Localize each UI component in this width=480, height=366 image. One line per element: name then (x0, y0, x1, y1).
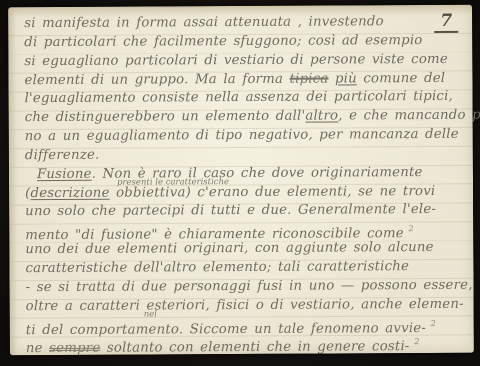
text-segment: 2 (426, 318, 436, 327)
manuscript-line: presenti le caratteristiche(descrizione … (25, 182, 469, 203)
manuscript-card: 7 si manifesta in forma assai attenuata … (8, 5, 474, 355)
text-segment: ne (26, 341, 49, 356)
manuscript-line: Fusione. Non è raro il caso che dove ori… (25, 164, 469, 185)
text-segment: Fusione (37, 167, 92, 182)
interlinear-insertion: nel (144, 310, 157, 318)
manuscript-line: elementi di un gruppo. Ma la forma tipic… (24, 69, 468, 90)
manuscript-line: caratteristiche dell'altro elemento; tal… (25, 258, 469, 279)
text-segment: più (335, 71, 357, 86)
text-segment: l'eguagliamento consiste nella assenza d… (25, 89, 453, 106)
text-segment: 2 (410, 337, 420, 346)
manuscript-line: ne sempre soltanto con elementi che in g… (26, 333, 470, 354)
manuscript-line: uno solo che partecipi di tutti e due. G… (25, 201, 469, 222)
text-segment: uno dei due elementi originari, con aggi… (25, 240, 433, 257)
manuscript-line: che distinguerebbero un elemento dall'al… (25, 107, 469, 128)
text-segment: comune del (357, 70, 445, 85)
manuscript-text: si manifesta in forma assai attenuata , … (24, 13, 470, 355)
manuscript-line: si eguagliano particolari di vestiario d… (24, 50, 468, 71)
text-segment: sempre (49, 341, 100, 356)
text-segment: , e che mancando porta- (338, 108, 480, 124)
manuscript-line: oltre a caratteri esteriori, fisici o di… (26, 295, 470, 316)
text-segment: differenze. (25, 148, 100, 163)
text-segment: caratteristiche dell'altro elemento; tal… (25, 259, 409, 276)
manuscript-line: mento "di fusione" è chiaramente riconos… (25, 220, 469, 241)
manuscript-line: si manifesta in forma assai attenuata , … (24, 13, 468, 34)
manuscript-line: l'eguagliamento consiste nella assenza d… (25, 88, 469, 109)
text-segment: 2 (404, 224, 414, 233)
manuscript-line: uno dei due elementi originari, con aggi… (25, 239, 469, 260)
text-segment: descrizione (30, 185, 109, 200)
text-segment: soltanto con elementi che in genere cost… (100, 339, 409, 356)
interlinear-insertion: presenti le caratteristiche (117, 178, 229, 187)
text-segment: altro (305, 109, 338, 124)
text-segment: oltre a caratteri esteriori, fisici o di… (26, 296, 464, 313)
manuscript-line: nelti del comportamento. Siccome un tale… (26, 314, 470, 335)
manuscript-line: - se si tratta di due personaggi fusi in… (26, 277, 470, 298)
manuscript-line: differenze. (25, 145, 469, 166)
text-segment: tipica (290, 71, 329, 86)
manuscript-line: no a un eguagliamento di tipo negativo, … (25, 126, 469, 147)
text-segment: si manifesta in forma assai attenuata , … (24, 14, 384, 31)
text-segment: uno solo che partecipi di tutti e due. G… (25, 202, 436, 219)
text-segment: elementi di un gruppo. Ma la forma (24, 71, 289, 87)
text-segment: che distinguerebbero un elemento dall' (25, 109, 306, 125)
text-segment: - se si tratta di due personaggi fusi in… (26, 278, 473, 295)
text-segment: no a un eguagliamento di tipo negativo, … (25, 127, 459, 144)
text-segment: di particolari che facilmente sfuggono; … (24, 33, 422, 50)
text-segment: si eguagliano particolari di vestiario d… (24, 52, 448, 69)
manuscript-line: di particolari che facilmente sfuggono; … (24, 32, 468, 53)
